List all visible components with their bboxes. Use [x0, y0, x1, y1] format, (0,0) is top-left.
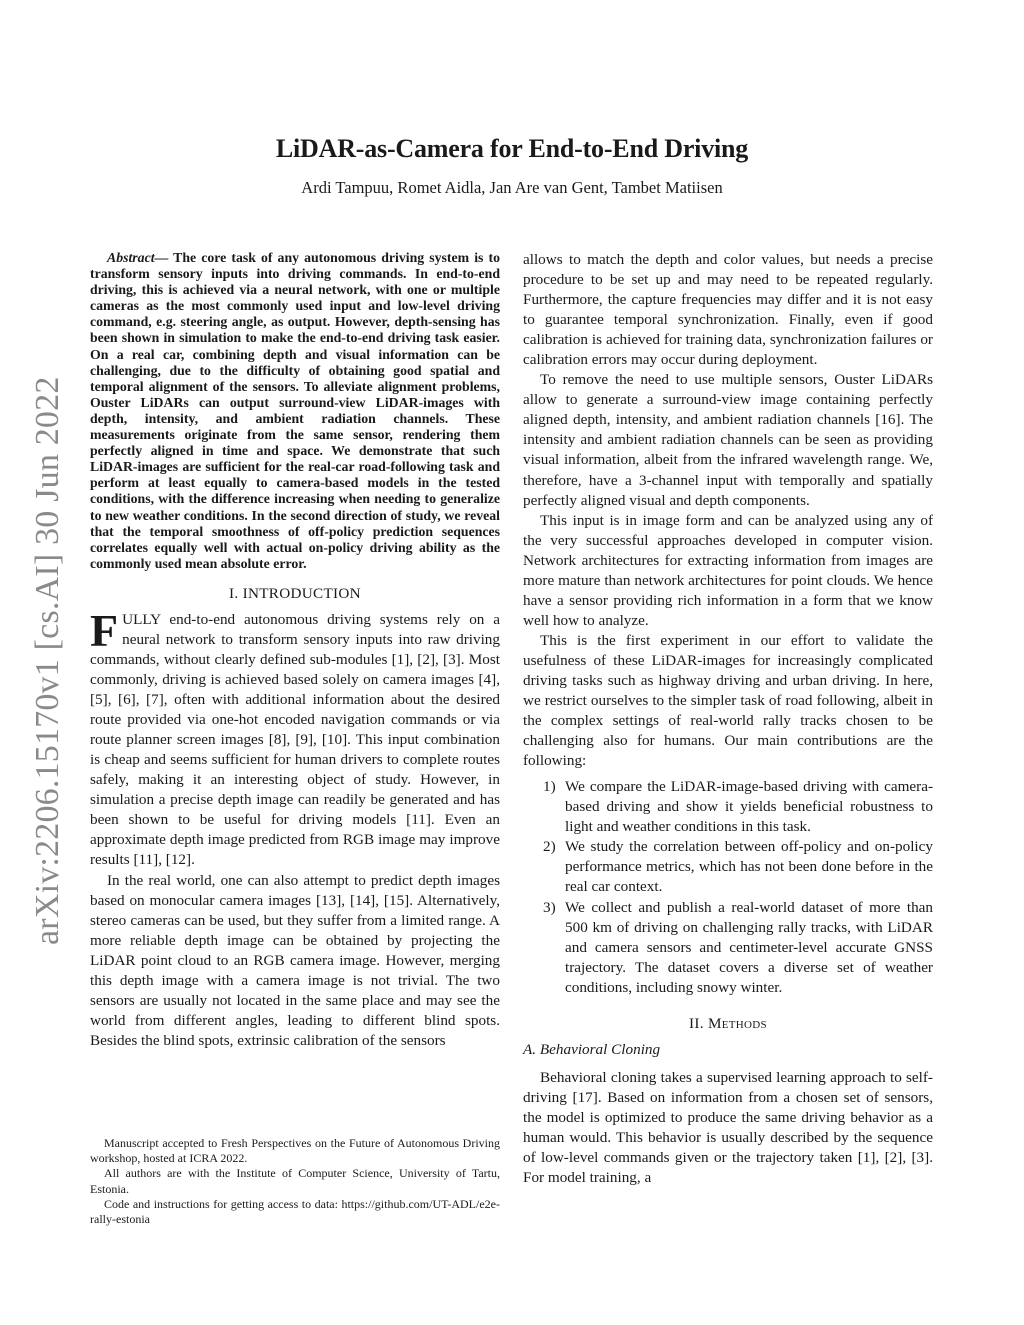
intro-paragraph-5: This is the first experiment in our effo…	[523, 631, 933, 771]
contributions-list: 1)We compare the LiDAR-image-based drivi…	[523, 777, 933, 998]
abstract-text: The core task of any autonomous driving …	[90, 250, 500, 571]
intro-paragraph-2-continued: allows to match the depth and color valu…	[523, 250, 933, 370]
intro-paragraph-1: FULLY end-to-end autonomous driving syst…	[90, 610, 500, 871]
section-heading-methods: II. Methods	[523, 1014, 933, 1034]
contribution-number: 3)	[543, 898, 556, 918]
intro-paragraph-4: This input is in image form and can be a…	[523, 511, 933, 631]
footnotes: Manuscript accepted to Fresh Perspective…	[90, 1136, 500, 1227]
contribution-number: 2)	[543, 837, 556, 857]
contribution-text: We study the correlation between off-pol…	[565, 838, 933, 895]
footnote-acceptance: Manuscript accepted to Fresh Perspective…	[90, 1136, 500, 1166]
intro-paragraph-2: In the real world, one can also attempt …	[90, 871, 500, 1051]
subsection-heading-behavioral-cloning: A. Behavioral Cloning	[523, 1040, 933, 1060]
contribution-text: We collect and publish a real-world data…	[565, 899, 933, 996]
left-column: Abstract— The core task of any autonomou…	[90, 250, 500, 1051]
contribution-text: We compare the LiDAR-image-based driving…	[565, 778, 933, 835]
methods-paragraph-1: Behavioral cloning takes a supervised le…	[523, 1068, 933, 1188]
footnote-code-link: Code and instructions for getting access…	[90, 1197, 500, 1227]
paper-title: LiDAR-as-Camera for End-to-End Driving	[0, 134, 1024, 164]
right-column: allows to match the depth and color valu…	[523, 250, 933, 1188]
intro-paragraph-1-text: ULLY end-to-end autonomous driving syste…	[90, 611, 500, 869]
abstract-dash: —	[155, 250, 169, 265]
abstract-label: Abstract	[107, 250, 155, 265]
contribution-item: 1)We compare the LiDAR-image-based drivi…	[523, 777, 933, 837]
contribution-item: 3)We collect and publish a real-world da…	[523, 898, 933, 998]
drop-cap: F	[90, 613, 118, 649]
contribution-number: 1)	[543, 777, 556, 797]
abstract: Abstract— The core task of any autonomou…	[90, 250, 500, 572]
intro-paragraph-3: To remove the need to use multiple senso…	[523, 370, 933, 510]
arxiv-identifier-stamp: arXiv:2206.15170v1 [cs.AI] 30 Jun 2022	[29, 376, 67, 945]
section-heading-introduction: I. INTRODUCTION	[90, 584, 500, 604]
contribution-item: 2)We study the correlation between off-p…	[523, 837, 933, 897]
footnote-affiliation: All authors are with the Institute of Co…	[90, 1166, 500, 1196]
author-list: Ardi Tampuu, Romet Aidla, Jan Are van Ge…	[0, 178, 1024, 198]
